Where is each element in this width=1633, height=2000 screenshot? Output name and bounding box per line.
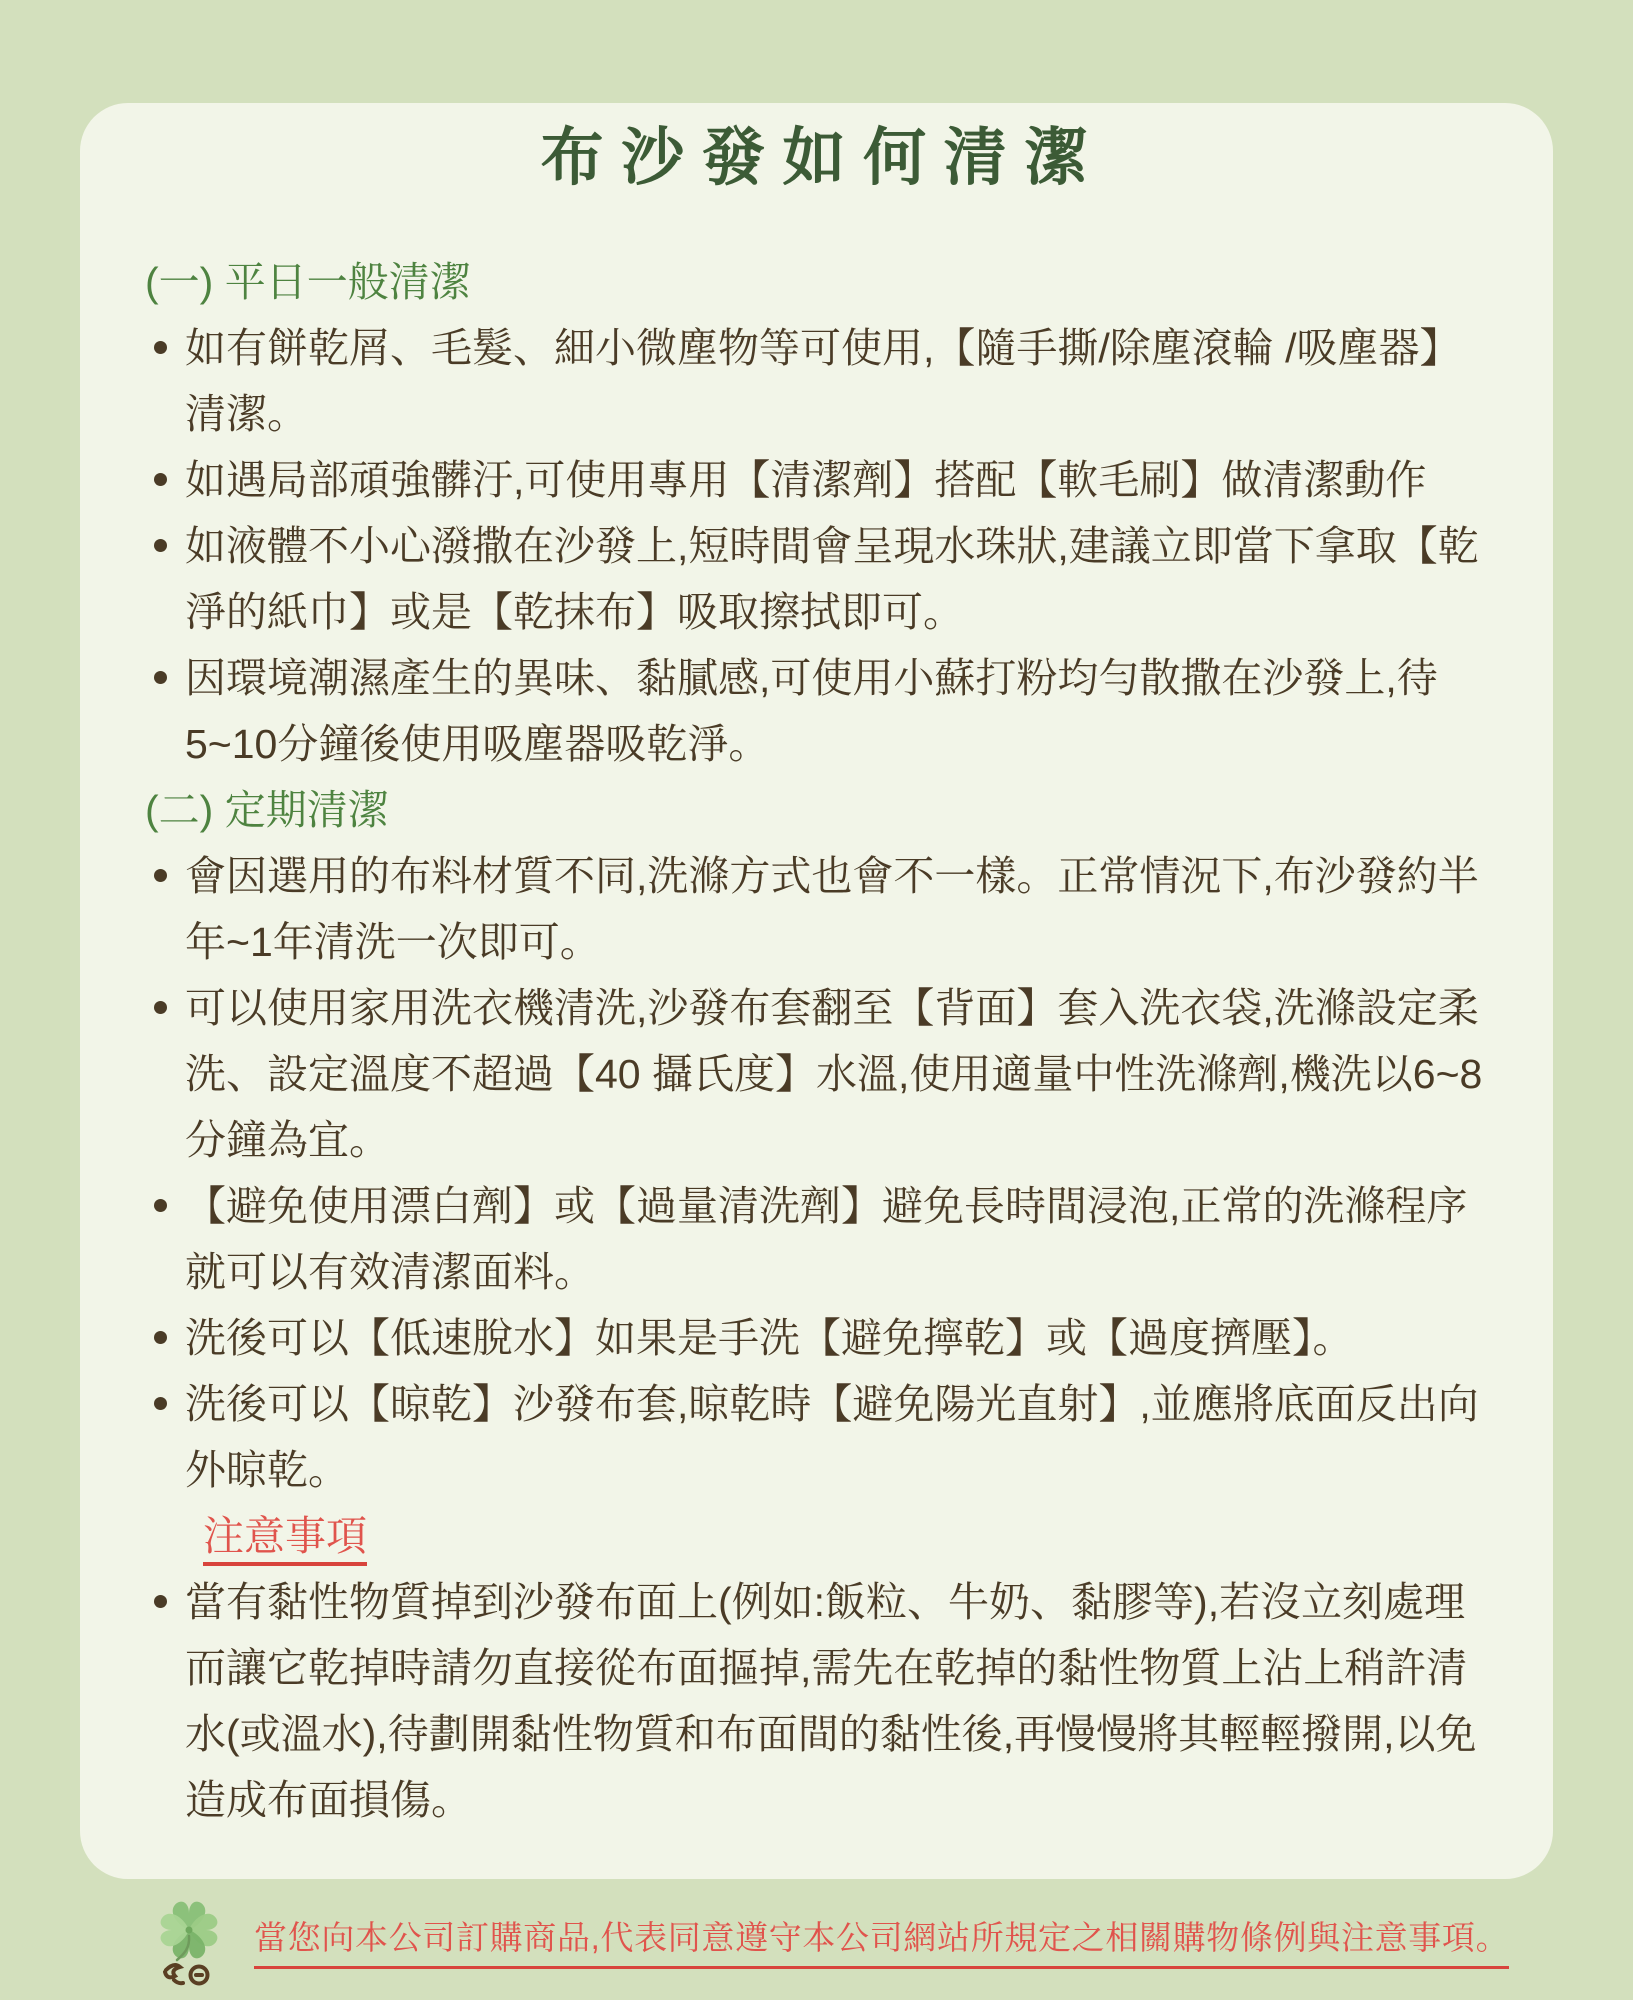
bullet-item: 【避免使用漂白劑】或【過量清洗劑】避免長時間浸泡,正常的洗滌程序就可以有效清潔面… — [145, 1173, 1483, 1305]
bullet-dot-icon — [154, 1595, 167, 1608]
signature-mark — [165, 1965, 208, 1983]
bullet-dot-icon — [154, 473, 167, 486]
notice-heading-text: 注意事項 — [203, 1513, 367, 1566]
bullet-text: 如遇局部頑強髒汙,可使用專用【清潔劑】搭配【軟毛刷】做清潔動作 — [185, 457, 1426, 503]
bullet-dot-icon — [154, 869, 167, 882]
section-heading-periodic-cleaning: (二) 定期清潔 — [145, 777, 1483, 843]
bullet-text: 當有黏性物質掉到沙發布面上(例如:飯粒、牛奶、黏膠等),若沒立刻處理而讓它乾掉時… — [185, 1579, 1476, 1823]
section-heading-daily-cleaning: (一) 平日一般清潔 — [145, 249, 1483, 315]
bullet-text: 會因選用的布料材質不同,洗滌方式也會不一樣。正常情況下,布沙發約半年~1年清洗一… — [185, 853, 1479, 965]
bullet-dot-icon — [154, 1001, 167, 1014]
bullet-item: 如液體不小心潑撒在沙發上,短時間會呈現水珠狀,建議立即當下拿取【乾淨的紙巾】或是… — [145, 513, 1483, 645]
bullet-text: 如液體不小心潑撒在沙發上,短時間會呈現水珠狀,建議立即當下拿取【乾淨的紙巾】或是… — [185, 523, 1479, 635]
four-leaf-clover-icon — [150, 1890, 228, 1990]
bullet-item: 可以使用家用洗衣機清洗,沙發布套翻至【背面】套入洗衣袋,洗滌設定柔洗、設定溫度不… — [145, 975, 1483, 1173]
footer-notice-text: 當您向本公司訂購商品,代表同意遵守本公司網站所規定之相關購物條例與注意事項。 — [254, 1912, 1509, 1969]
bullet-dot-icon — [154, 671, 167, 684]
bullet-item: 洗後可以【低速脫水】如果是手洗【避免擰乾】或【過度擠壓】。 — [145, 1305, 1483, 1371]
bullet-item: 如有餅乾屑、毛髮、細小微塵物等可使用,【隨手撕/除塵滾輪 /吸塵器】清潔。 — [145, 315, 1483, 447]
bullet-item: 會因選用的布料材質不同,洗滌方式也會不一樣。正常情況下,布沙發約半年~1年清洗一… — [145, 843, 1483, 975]
bullet-item: 如遇局部頑強髒汙,可使用專用【清潔劑】搭配【軟毛刷】做清潔動作 — [145, 447, 1483, 513]
page-title: 布沙發如何清潔 — [145, 119, 1483, 197]
footer: 當您向本公司訂購商品,代表同意遵守本公司網站所規定之相關購物條例與注意事項。 — [150, 1890, 1550, 1990]
section-heading-notice: 注意事項 — [203, 1503, 1483, 1569]
bullet-text: 因環境潮濕產生的異味、黏膩感,可使用小蘇打粉均勻散撒在沙發上,待5~10分鐘後使… — [185, 655, 1438, 767]
bullet-dot-icon — [154, 1199, 167, 1212]
bullet-dot-icon — [154, 1331, 167, 1344]
content-card: 布沙發如何清潔 (一) 平日一般清潔 如有餅乾屑、毛髮、細小微塵物等可使用,【隨… — [80, 103, 1553, 1879]
bullet-text: 洗後可以【低速脫水】如果是手洗【避免擰乾】或【過度擠壓】。 — [185, 1315, 1354, 1361]
bullet-text: 洗後可以【晾乾】沙發布套,晾乾時【避免陽光直射】,並應將底面反出向外晾乾。 — [185, 1381, 1479, 1493]
bullet-item: 當有黏性物質掉到沙發布面上(例如:飯粒、牛奶、黏膠等),若沒立刻處理而讓它乾掉時… — [145, 1569, 1483, 1833]
bullet-dot-icon — [154, 341, 167, 354]
bullet-item: 洗後可以【晾乾】沙發布套,晾乾時【避免陽光直射】,並應將底面反出向外晾乾。 — [145, 1371, 1483, 1503]
bullet-dot-icon — [154, 539, 167, 552]
bullet-text: 【避免使用漂白劑】或【過量清洗劑】避免長時間浸泡,正常的洗滌程序就可以有效清潔面… — [185, 1183, 1467, 1295]
bullet-text: 如有餅乾屑、毛髮、細小微塵物等可使用,【隨手撕/除塵滾輪 /吸塵器】清潔。 — [185, 325, 1461, 437]
bullet-text: 可以使用家用洗衣機清洗,沙發布套翻至【背面】套入洗衣袋,洗滌設定柔洗、設定溫度不… — [185, 985, 1482, 1163]
bullet-dot-icon — [154, 1397, 167, 1410]
bullet-item: 因環境潮濕產生的異味、黏膩感,可使用小蘇打粉均勻散撒在沙發上,待5~10分鐘後使… — [145, 645, 1483, 777]
